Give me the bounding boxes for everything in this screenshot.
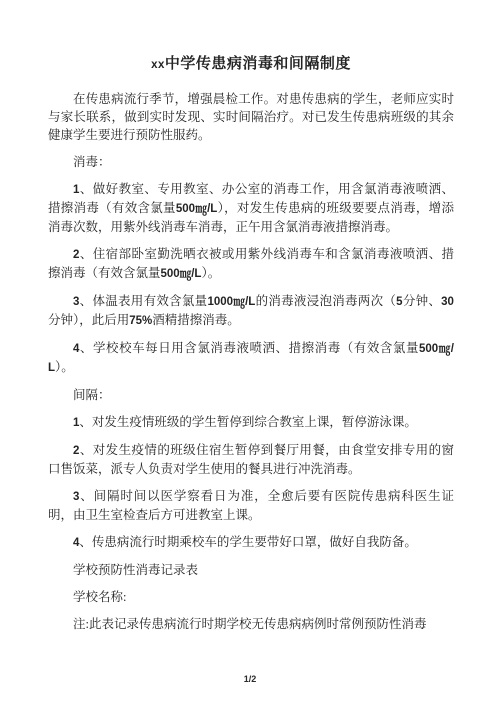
section-heading-disinfection: 消毒： (48, 153, 454, 171)
document-page: xx中学传患病消毒和间隔制度 在传患病流行季节，增强晨检工作。对患传患病的学生，… (0, 0, 500, 708)
isolation-item-4: 4、传患病流行时期乘校车的学生要带好口罩，做好自我防备。 (48, 533, 454, 552)
disinfection-item-1: 1、做好教室、专用教室、办公室的消毒工作，用含氯消毒液喷洒、措擦消毒（有效含氯量… (48, 180, 454, 236)
isolation-item-3: 3、间隔时间以医学察看日为准，全愈后要有医院传患病科医生证明，由卫生室检查后方可… (48, 487, 454, 524)
disinfection-item-2: 2、住宿部卧室勤洗晒衣被或用紫外线消毒车和含氯消毒液喷洒、措擦消毒（有效含氯量5… (48, 245, 454, 283)
intro-paragraph: 在传患病流行季节，增强晨检工作。对患传患病的学生，老师应实时与家长联系，做到实时… (48, 90, 454, 144)
note-line: 注:此表记录传患病流行时期学校无传患病病例时常例预防性消毒 (48, 615, 454, 633)
section-heading-isolation: 间隔： (48, 386, 454, 404)
disinfection-item-3: 3、体温表用有效含氯量1000㎎/L的消毒液浸泡消毒两次（5分钟、30分钟），此… (48, 292, 454, 330)
isolation-item-1: 1、对发生疫情班级的学生暂停到综合教室上课，暂停游泳课。 (48, 413, 454, 432)
record-table-title: 学校预防性消毒记录表 (48, 561, 454, 579)
disinfection-item-4: 4、学校校车每日用含氯消毒液喷洒、措擦消毒（有效含氯量500㎎/L）。 (48, 339, 454, 377)
document-content: xx中学传患病消毒和间隔制度 在传患病流行季节，增强晨检工作。对患传患病的学生，… (0, 0, 500, 633)
school-name-label: 学校名称: (48, 588, 454, 606)
document-title: xx中学传患病消毒和间隔制度 (48, 52, 454, 73)
isolation-item-2: 2、对发生疫情的班级住宿生暂停到餐厅用餐，由食堂安排专用的窗口售饭菜，派专人负责… (48, 441, 454, 478)
page-number: 1/2 (0, 674, 500, 684)
